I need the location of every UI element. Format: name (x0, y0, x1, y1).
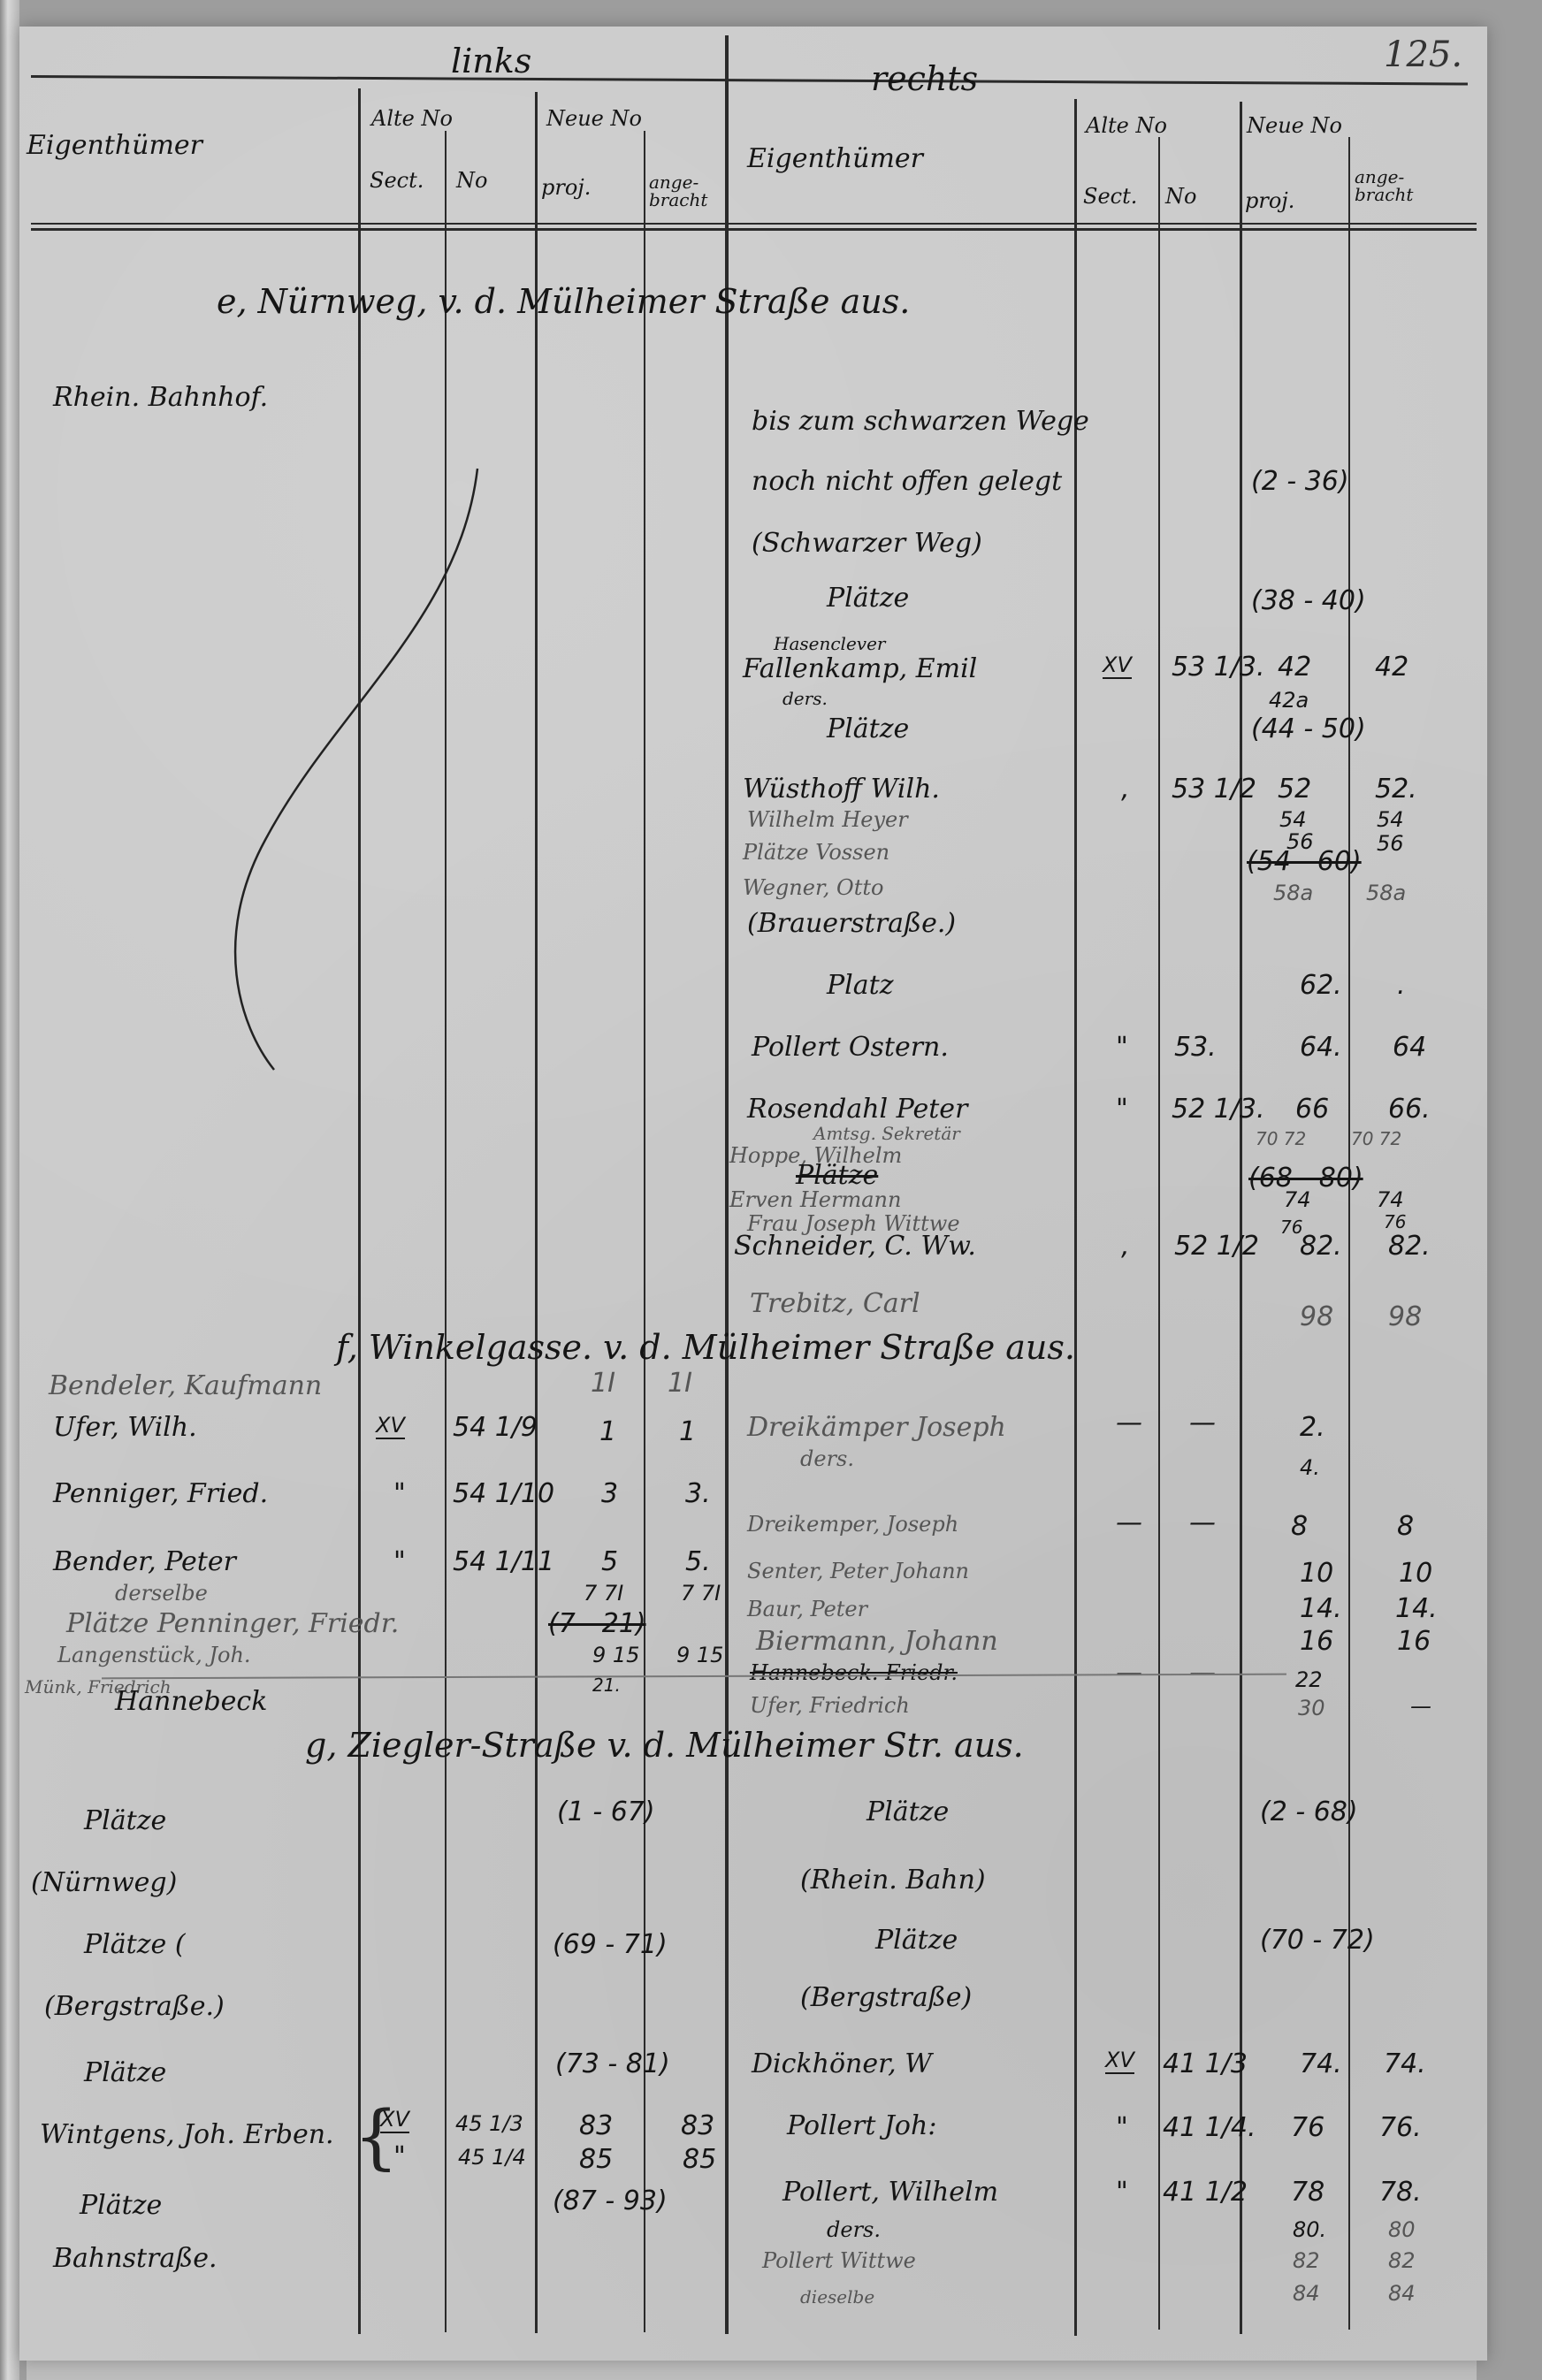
sect-value: " (1116, 1034, 1128, 1061)
attached-number: . (1397, 973, 1406, 999)
left-owner: Penniger, Fried. (53, 1481, 268, 1507)
attached-number: 64 (1393, 1034, 1426, 1061)
left-owner: Bender, Peter (53, 1549, 236, 1575)
proj-number: 1I (591, 1370, 615, 1397)
proj-number: 82. (1300, 1233, 1342, 1260)
proj-number: 64. (1300, 1034, 1342, 1061)
attached-number: 83 (681, 2113, 714, 2140)
right-owner: Plätze (866, 1799, 949, 1826)
sect-value: " (393, 1481, 406, 1507)
sect-value: , (1121, 776, 1130, 803)
right-owner-insert: Hasenclever (774, 635, 885, 652)
sect-value: " (393, 1549, 406, 1575)
right-side-title: rechts (871, 62, 978, 95)
section-heading-g: g, Ziegler-Straße v. d. Mülheimer Str. a… (305, 1728, 1024, 1762)
col-new-no-right: Neue No (1247, 115, 1342, 136)
sect-value: " (1116, 2179, 1128, 2206)
attached-number: 74 (1377, 1189, 1404, 1210)
proj-number: 70 72 (1256, 1130, 1306, 1148)
right-owner: Dreikämper Joseph (747, 1415, 1006, 1441)
attached-number: 76. (1379, 2115, 1422, 2141)
proj-number: 8 (1291, 1514, 1308, 1540)
attached-number: 82 (1388, 2250, 1416, 2271)
right-owner: Wegner, Otto (743, 877, 883, 898)
sect-value: " (1116, 1096, 1128, 1123)
right-owner: Ufer, Friedrich (750, 1695, 910, 1716)
proj-number: 3 (601, 1481, 618, 1507)
attached-number: 16 (1397, 1629, 1431, 1655)
old-number: 54 1/10 (453, 1481, 554, 1507)
proj-number: 42a (1269, 690, 1309, 711)
right-owner: Fallenkamp, Emil (743, 656, 977, 683)
old-number: — (1189, 1410, 1216, 1437)
col-proj-right: proj. (1245, 190, 1294, 211)
right-owner: Trebitz, Carl (750, 1291, 920, 1317)
proj-number: 74. (1300, 2051, 1342, 2078)
proj-number: 82 (1293, 2250, 1320, 2271)
center-divider (725, 35, 729, 2334)
col-line (1240, 102, 1242, 2334)
col-no-right: No (1165, 186, 1196, 207)
col-sect-right: Sect. (1083, 186, 1137, 207)
left-owner: Plätze (84, 2060, 166, 2086)
proj-number: 58a (1273, 882, 1313, 904)
old-number: 53 1/2 (1172, 776, 1256, 803)
right-owner: Biermann, Johann (756, 1629, 998, 1655)
sect-value: " (393, 2144, 406, 2170)
attached-number: 56 (1377, 833, 1404, 854)
proj-number: (2 - 36) (1251, 469, 1349, 495)
proj-number: 62. (1300, 973, 1342, 999)
attached-number: 10 (1399, 1560, 1432, 1587)
attached-number: 8 (1397, 1514, 1414, 1540)
proj-number: 98 (1300, 1304, 1333, 1331)
right-owner: Plätze (827, 585, 909, 612)
attached-number: 70 72 (1351, 1130, 1401, 1148)
col-new-no-left: Neue No (546, 108, 642, 129)
right-owner: Wilhelm Heyer (747, 809, 908, 830)
sect-value: XV (1103, 654, 1132, 679)
proj-number: (87 - 93) (553, 2188, 668, 2215)
page-number: 125. (1384, 37, 1462, 72)
left-owner: Wintgens, Joh. Erben. (40, 2122, 334, 2148)
proj-number: 84 (1293, 2283, 1320, 2304)
proj-number: 2. (1300, 1415, 1325, 1441)
old-number: 41 1/2 (1163, 2179, 1248, 2206)
right-owner: Erven Hermann (729, 1189, 901, 1210)
left-owner: Plätze Penninger, Friedr. (66, 1611, 399, 1637)
proj-number: 14. (1300, 1596, 1342, 1622)
right-owner: Wüsthoff Wilh. (743, 776, 940, 803)
old-number: 53. (1174, 1034, 1217, 1061)
right-owner: Pollert, Wilhelm (782, 2179, 998, 2206)
proj-number: (69 - 71) (553, 1932, 668, 1958)
right-owner: (Bergstraße) (800, 1985, 972, 2011)
attached-number: 5. (685, 1549, 711, 1575)
right-owner: Dreikemper, Joseph (747, 1514, 958, 1535)
right-owner: dieselbe (800, 2288, 874, 2306)
left-owner: Bahnstraße. (53, 2246, 218, 2272)
proj-number: 78 (1291, 2179, 1324, 2206)
proj-number: (2 - 68) (1260, 1799, 1358, 1826)
proj-number: 76 (1291, 2115, 1324, 2141)
attached-number: 42 (1375, 654, 1408, 681)
proj-number: 5 (601, 1549, 618, 1575)
col-old-no-right: Alte No (1086, 115, 1167, 136)
attached-number: 9 15 (676, 1644, 723, 1666)
left-owner: Plätze (80, 2193, 162, 2219)
proj-number: 83 (579, 2113, 613, 2140)
old-number: 53 1/3. (1172, 654, 1265, 681)
col-line (1158, 137, 1160, 2330)
proj-number: 52 (1278, 776, 1311, 803)
right-owner: Pollert Wittwe (762, 2250, 916, 2271)
proj-number: 7 7I (584, 1583, 623, 1604)
proj-number: 42 (1278, 654, 1311, 681)
right-owner: (Rhein. Bahn) (800, 1867, 986, 1894)
attached-number: 3. (685, 1481, 711, 1507)
right-owner: Plätze (827, 716, 909, 743)
proj-number: 16 (1300, 1629, 1333, 1655)
right-owner: Senter, Peter Johann (747, 1560, 969, 1582)
proj-number: (44 - 50) (1251, 716, 1366, 743)
attached-number: 52. (1375, 776, 1417, 803)
right-owner: Pollert Joh: (787, 2113, 936, 2140)
left-owner: derselbe (115, 1583, 208, 1604)
attached-number: 7 7I (681, 1583, 721, 1604)
sect-value: XV (1105, 2049, 1134, 2074)
sect-value: , (1121, 1233, 1130, 1260)
old-number: 52 1/2 (1174, 1233, 1259, 1260)
right-owner: Platz (827, 973, 894, 999)
proj-number: 10 (1300, 1560, 1333, 1587)
left-owner: (Bergstraße.) (44, 1994, 225, 2020)
attached-number: 78. (1379, 2179, 1422, 2206)
proj-number: 80. (1293, 2219, 1326, 2240)
right-owner: Schneider, C. Ww. (734, 1233, 976, 1260)
attached-number: 76 (1384, 1213, 1406, 1231)
attached-number: 66. (1388, 1096, 1431, 1123)
right-owner: ders. (782, 690, 828, 707)
section-heading-f: f, Winkelgasse. v. d. Mülheimer Straße a… (336, 1331, 1075, 1364)
attached-number: 1I (668, 1370, 692, 1397)
proj-number: 66 (1295, 1096, 1329, 1123)
attached-number: 98 (1388, 1304, 1422, 1331)
attached-number: 54 (1377, 809, 1404, 830)
attached-number: 58a (1366, 882, 1406, 904)
old-number: 45 1/3 (455, 2113, 523, 2134)
right-owner-note: Amtsg. Sekretär (813, 1125, 960, 1142)
col-proj-left: proj. (541, 177, 591, 198)
proj-number: (70 - 72) (1260, 1927, 1375, 1954)
attached-number: 74. (1384, 2051, 1426, 2078)
proj-number: (1 - 67) (557, 1799, 655, 1826)
right-owner: Plätze Vossen (743, 842, 889, 863)
left-owner: Hannebeck (115, 1689, 267, 1715)
right-owner: (Brauerstraße.) (747, 911, 956, 937)
proj-range-struck: (7 - 21) (548, 1611, 646, 1637)
right-owner: bis zum schwarzen Wege (752, 408, 1089, 435)
proj-number: 4. (1300, 1457, 1320, 1478)
proj-number: 74 (1284, 1189, 1311, 1210)
proj-number: 85 (579, 2147, 613, 2173)
attached-number: 85 (683, 2147, 716, 2173)
left-owner: Langenstück, Joh. (57, 1644, 251, 1666)
sect-value: — (1116, 1410, 1142, 1437)
left-owner: (Nürnweg) (31, 1870, 177, 1896)
left-owner: Plätze ( (84, 1932, 186, 1958)
right-owner: Dickhöner, W (752, 2051, 932, 2078)
sect-value: — (1116, 1510, 1142, 1537)
col-attached-left: ange-bracht (649, 173, 720, 209)
col-attached-right: ange-bracht (1355, 168, 1434, 203)
right-owner: Rosendahl Peter (747, 1096, 967, 1123)
old-number: 41 1/4. (1163, 2115, 1256, 2141)
old-number: 45 1/4 (458, 2147, 526, 2168)
bracket-curve (0, 0, 531, 1105)
col-line (535, 92, 538, 2333)
attached-number: 80 (1388, 2219, 1416, 2240)
right-owner-struck: Plätze (796, 1163, 878, 1189)
proj-range-struck: (54 - 60) (1247, 849, 1362, 875)
right-owner: Pollert Ostern. (752, 1034, 949, 1061)
proj-number: 30 (1298, 1697, 1325, 1719)
right-owner: ders. (827, 2219, 881, 2240)
proj-number: 21. (592, 1676, 621, 1694)
right-owner-struck: Hannebeck. Friedr. (750, 1662, 958, 1683)
old-number: 54 1/9 (453, 1415, 538, 1441)
proj-number: (38 - 40) (1251, 588, 1366, 614)
proj-number: 54 (1279, 809, 1307, 830)
col-line (644, 131, 645, 2332)
sect-value: " (1116, 2115, 1128, 2141)
proj-number: (73 - 81) (555, 2051, 670, 2078)
right-owner: Baur, Peter (747, 1598, 867, 1620)
sect-value: XV (380, 2109, 409, 2133)
proj-number: 1 (599, 1419, 616, 1446)
proj-number: 22 (1295, 1669, 1323, 1690)
sect-value: XV (376, 1415, 405, 1439)
right-owner: ders. (800, 1448, 854, 1469)
proj-number: 9 15 (592, 1644, 639, 1666)
attached-number: 14. (1395, 1596, 1438, 1622)
old-number: — (1189, 1510, 1216, 1537)
right-owner: Plätze (875, 1927, 958, 1954)
col-owner-right: Eigenthümer (747, 146, 923, 172)
old-number: 54 1/11 (453, 1549, 554, 1575)
left-owner: Bendeler, Kaufmann (49, 1373, 322, 1400)
attached-number: 82. (1388, 1233, 1431, 1260)
attached-number: 84 (1388, 2283, 1416, 2304)
attached-number: — (1410, 1696, 1431, 1717)
attached-number: 1 (679, 1419, 696, 1446)
left-owner: Plätze (84, 1808, 166, 1835)
old-number: 41 1/3 (1163, 2051, 1248, 2078)
old-number: 52 1/3. (1172, 1096, 1265, 1123)
right-owner: noch nicht offen gelegt (752, 469, 1062, 495)
right-owner: (Schwarzer Weg) (752, 530, 982, 557)
left-owner: Ufer, Wilh. (53, 1415, 197, 1441)
